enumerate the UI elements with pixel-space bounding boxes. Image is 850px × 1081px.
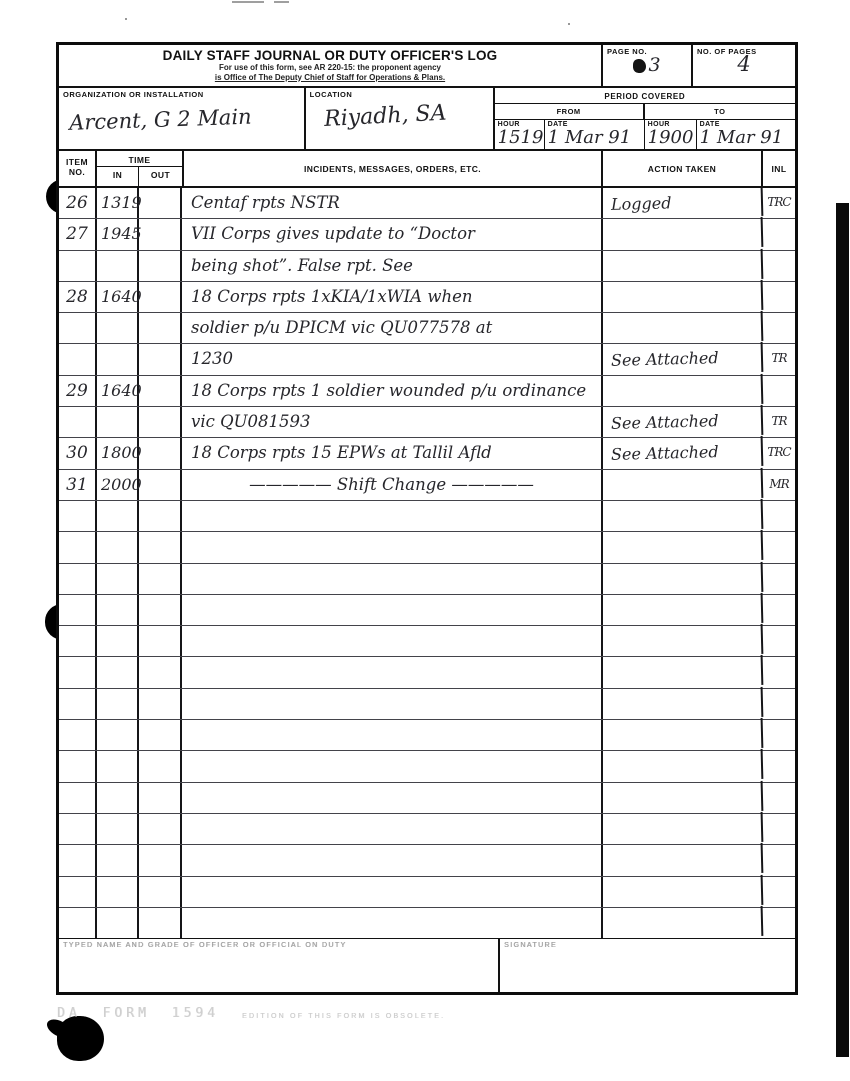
table-row bbox=[59, 845, 795, 876]
time-in-cell bbox=[97, 251, 139, 281]
item-no-cell bbox=[59, 845, 97, 875]
table-row: being shot”. False rpt. See bbox=[59, 251, 795, 282]
item-no-cell bbox=[59, 564, 97, 594]
action-taken-cell bbox=[603, 687, 764, 721]
from-to-row: FROM TO bbox=[495, 104, 795, 120]
item-no-cell: 30 bbox=[59, 438, 97, 468]
incidents-header: INCIDENTS, MESSAGES, ORDERS, ETC. bbox=[184, 151, 603, 186]
punch-hole-bottom bbox=[57, 1016, 104, 1061]
no-of-pages-value: 4 bbox=[693, 52, 795, 76]
time-in-cell: 1319 bbox=[97, 188, 139, 218]
table-row: 30180018 Corps rpts 15 EPWs at Tallil Af… bbox=[59, 438, 795, 469]
form-subtitle-line1: For use of this form, see AR 220-15: the… bbox=[59, 63, 601, 73]
time-out-cell bbox=[139, 501, 182, 531]
inl-cell bbox=[763, 751, 795, 781]
incidents-cell bbox=[182, 720, 603, 750]
time-in-cell bbox=[97, 689, 139, 719]
item-no-cell bbox=[59, 313, 97, 343]
action-taken-cell bbox=[603, 249, 764, 283]
action-taken-cell bbox=[603, 374, 764, 408]
action-taken-header: ACTION TAKEN bbox=[603, 151, 763, 186]
item-no-header: ITEM NO. bbox=[59, 151, 97, 186]
table-row: vic QU081593See AttachedTR bbox=[59, 407, 795, 438]
time-out-header: OUT bbox=[139, 167, 182, 186]
from-hour-box: HOUR 1519 bbox=[495, 120, 545, 149]
inl-cell bbox=[763, 251, 795, 281]
action-taken-cell bbox=[603, 812, 764, 846]
incidents-cell bbox=[182, 564, 603, 594]
inl-cell bbox=[763, 908, 795, 938]
time-in-cell bbox=[97, 595, 139, 625]
time-in-cell bbox=[97, 407, 139, 437]
from-label: FROM bbox=[495, 104, 645, 119]
inl-cell bbox=[763, 313, 795, 343]
obsolete-note: EDITION OF THIS FORM IS OBSOLETE. bbox=[242, 1013, 445, 1020]
table-row bbox=[59, 501, 795, 532]
incidents-cell: 18 Corps rpts 1xKIA/1xWIA when bbox=[182, 282, 603, 312]
time-out-cell bbox=[139, 188, 182, 218]
item-no-cell: 29 bbox=[59, 376, 97, 406]
table-row: 261319Centaf rpts NSTRLoggedTRC bbox=[59, 188, 795, 219]
action-taken-cell bbox=[603, 781, 764, 815]
time-in-cell bbox=[97, 845, 139, 875]
action-taken-cell bbox=[603, 655, 764, 689]
inl-cell bbox=[763, 282, 795, 312]
inl-cell bbox=[763, 376, 795, 406]
item-no-cell bbox=[59, 720, 97, 750]
scan-artifact-dash bbox=[274, 1, 289, 3]
action-taken-cell: See Attached bbox=[603, 342, 764, 376]
organization-value: Arcent, G 2 Main bbox=[59, 95, 305, 136]
action-taken-cell bbox=[603, 874, 764, 908]
time-out-cell bbox=[139, 282, 182, 312]
item-no-cell bbox=[59, 783, 97, 813]
item-no-cell bbox=[59, 689, 97, 719]
time-in-cell bbox=[97, 344, 139, 374]
inl-cell: TR bbox=[763, 407, 795, 437]
item-no-cell: 27 bbox=[59, 219, 97, 249]
table-row bbox=[59, 783, 795, 814]
time-in-cell: 1800 bbox=[97, 438, 139, 468]
table-row: soldier p/u DPICM vic QU077578 at bbox=[59, 313, 795, 344]
no-of-pages-box: NO. OF PAGES 4 bbox=[693, 45, 795, 86]
inl-cell: TR bbox=[763, 344, 795, 374]
action-taken-cell bbox=[603, 843, 764, 877]
time-in-cell bbox=[97, 313, 139, 343]
time-header-label: TIME bbox=[97, 151, 182, 167]
time-out-cell bbox=[139, 845, 182, 875]
action-taken-cell bbox=[603, 530, 764, 564]
time-in-cell: 1640 bbox=[97, 282, 139, 312]
to-date-value: 1 Mar 91 bbox=[697, 127, 795, 148]
time-out-cell bbox=[139, 814, 182, 844]
time-in-cell: 2000 bbox=[97, 470, 139, 500]
action-taken-cell bbox=[603, 217, 764, 251]
incidents-cell: ————— Shift Change ————— bbox=[182, 470, 603, 500]
incidents-cell bbox=[182, 595, 603, 625]
da-form-1594: DAILY STAFF JOURNAL OR DUTY OFFICER'S LO… bbox=[56, 42, 798, 995]
inl-cell bbox=[763, 532, 795, 562]
inl-cell bbox=[763, 219, 795, 249]
item-no-cell: 31 bbox=[59, 470, 97, 500]
inl-cell bbox=[763, 783, 795, 813]
action-taken-cell bbox=[603, 906, 764, 940]
time-out-cell bbox=[139, 908, 182, 938]
time-out-cell bbox=[139, 626, 182, 656]
time-out-cell bbox=[139, 564, 182, 594]
time-in-cell bbox=[97, 908, 139, 938]
incidents-cell bbox=[182, 751, 603, 781]
form-title-block: DAILY STAFF JOURNAL OR DUTY OFFICER'S LO… bbox=[59, 45, 603, 86]
time-in-cell bbox=[97, 783, 139, 813]
scan-artifact-strip bbox=[836, 203, 849, 1057]
action-taken-cell bbox=[603, 311, 764, 345]
location-box: LOCATION Riyadh, SA bbox=[306, 88, 495, 149]
time-in-cell bbox=[97, 532, 139, 562]
time-out-cell bbox=[139, 751, 182, 781]
time-in-cell: 1945 bbox=[97, 219, 139, 249]
incidents-cell bbox=[182, 657, 603, 687]
time-out-cell bbox=[139, 689, 182, 719]
inl-cell bbox=[763, 814, 795, 844]
time-in-cell bbox=[97, 626, 139, 656]
time-out-cell bbox=[139, 657, 182, 687]
form-title-strip: DAILY STAFF JOURNAL OR DUTY OFFICER'S LO… bbox=[59, 45, 795, 88]
table-row bbox=[59, 908, 795, 938]
action-taken-cell bbox=[603, 561, 764, 595]
time-out-cell bbox=[139, 877, 182, 907]
action-taken-cell bbox=[603, 749, 764, 783]
action-taken-cell bbox=[603, 280, 764, 314]
item-no-cell bbox=[59, 532, 97, 562]
item-no-cell: 26 bbox=[59, 188, 97, 218]
form-title: DAILY STAFF JOURNAL OR DUTY OFFICER'S LO… bbox=[59, 48, 601, 63]
table-row bbox=[59, 657, 795, 688]
time-in-cell bbox=[97, 657, 139, 687]
item-no-cell bbox=[59, 251, 97, 281]
action-taken-cell bbox=[603, 593, 764, 627]
time-out-cell bbox=[139, 470, 182, 500]
inl-cell bbox=[763, 720, 795, 750]
period-covered-label: PERIOD COVERED bbox=[495, 88, 795, 104]
incidents-cell: being shot”. False rpt. See bbox=[182, 251, 603, 281]
table-row: 1230See AttachedTR bbox=[59, 344, 795, 375]
table-row: 271945VII Corps gives update to “Doctor bbox=[59, 219, 795, 250]
to-label: TO bbox=[645, 104, 795, 119]
item-no-cell bbox=[59, 877, 97, 907]
table-row: 29164018 Corps rpts 1 soldier wounded p/… bbox=[59, 376, 795, 407]
form-number: DA FORM 1594 bbox=[57, 1006, 219, 1021]
inl-cell bbox=[763, 657, 795, 687]
typed-name-label: TYPED NAME AND GRADE OF OFFICER OR OFFIC… bbox=[59, 939, 498, 949]
action-taken-cell bbox=[603, 624, 764, 658]
period-covered-box: PERIOD COVERED FROM TO HOUR 1519 DATE 1 … bbox=[495, 88, 795, 149]
item-no-cell bbox=[59, 751, 97, 781]
action-taken-cell: See Attached bbox=[603, 436, 764, 470]
inl-cell bbox=[763, 877, 795, 907]
time-out-cell bbox=[139, 532, 182, 562]
organization-box: ORGANIZATION OR INSTALLATION Arcent, G 2… bbox=[59, 88, 306, 149]
time-out-cell bbox=[139, 219, 182, 249]
inl-cell bbox=[763, 501, 795, 531]
to-date-box: DATE 1 Mar 91 bbox=[697, 120, 795, 149]
table-row bbox=[59, 532, 795, 563]
to-hour-value: 1900 bbox=[645, 127, 696, 148]
log-rows: 261319Centaf rpts NSTRLoggedTRC271945VII… bbox=[59, 188, 795, 938]
scan-artifact-dash bbox=[232, 1, 264, 3]
signature-strip: TYPED NAME AND GRADE OF OFFICER OR OFFIC… bbox=[59, 938, 795, 992]
time-in-cell: 1640 bbox=[97, 376, 139, 406]
incidents-cell bbox=[182, 689, 603, 719]
time-in-cell bbox=[97, 501, 139, 531]
incidents-cell bbox=[182, 626, 603, 656]
from-hour-value: 1519 bbox=[495, 127, 544, 148]
action-taken-cell: Logged bbox=[603, 186, 764, 220]
time-out-cell bbox=[139, 313, 182, 343]
action-taken-cell bbox=[603, 468, 764, 502]
item-no-cell bbox=[59, 657, 97, 687]
action-taken-cell: See Attached bbox=[603, 405, 764, 439]
time-out-cell bbox=[139, 344, 182, 374]
signature-box: SIGNATURE bbox=[500, 939, 795, 992]
table-row: 28164018 Corps rpts 1xKIA/1xWIA when bbox=[59, 282, 795, 313]
inl-cell: TRC bbox=[763, 438, 795, 468]
inl-cell bbox=[763, 845, 795, 875]
item-no-cell bbox=[59, 626, 97, 656]
time-out-cell bbox=[139, 720, 182, 750]
time-in-header: IN bbox=[97, 167, 139, 186]
form-subtitle-line2: is Office of The Deputy Chief of Staff f… bbox=[59, 73, 601, 83]
signature-label: SIGNATURE bbox=[500, 939, 795, 949]
item-no-cell bbox=[59, 908, 97, 938]
page-no-box: PAGE NO. 3 bbox=[603, 45, 693, 86]
table-row bbox=[59, 720, 795, 751]
to-hour-box: HOUR 1900 bbox=[645, 120, 697, 149]
inl-cell: TRC bbox=[763, 188, 795, 218]
table-row bbox=[59, 814, 795, 845]
item-no-cell bbox=[59, 814, 97, 844]
scanned-document-page: DAILY STAFF JOURNAL OR DUTY OFFICER'S LO… bbox=[0, 0, 850, 1081]
action-taken-cell bbox=[603, 499, 764, 533]
table-row: 312000————— Shift Change —————MR bbox=[59, 470, 795, 501]
item-no-cell bbox=[59, 595, 97, 625]
time-header: TIME IN OUT bbox=[97, 151, 184, 186]
table-row bbox=[59, 626, 795, 657]
time-in-cell bbox=[97, 564, 139, 594]
time-out-cell bbox=[139, 407, 182, 437]
incidents-cell: vic QU081593 bbox=[182, 407, 603, 437]
scan-speck bbox=[568, 23, 570, 25]
typed-name-box: TYPED NAME AND GRADE OF OFFICER OR OFFIC… bbox=[59, 939, 500, 992]
table-row bbox=[59, 595, 795, 626]
table-row bbox=[59, 689, 795, 720]
incidents-cell bbox=[182, 877, 603, 907]
incidents-cell bbox=[182, 501, 603, 531]
log-table-header: ITEM NO. TIME IN OUT INCIDENTS, MESSAGES… bbox=[59, 151, 795, 188]
incidents-cell: Centaf rpts NSTR bbox=[182, 188, 603, 218]
incidents-cell: 18 Corps rpts 1 soldier wounded p/u ordi… bbox=[182, 376, 603, 406]
time-in-cell bbox=[97, 751, 139, 781]
inl-cell bbox=[763, 626, 795, 656]
from-date-value: 1 Mar 91 bbox=[545, 127, 644, 148]
table-row bbox=[59, 564, 795, 595]
inl-cell: MR bbox=[763, 470, 795, 500]
from-date-box: DATE 1 Mar 91 bbox=[545, 120, 645, 149]
scan-speck bbox=[125, 18, 127, 20]
incidents-cell: 1230 bbox=[182, 344, 603, 374]
incidents-cell bbox=[182, 845, 603, 875]
inl-cell bbox=[763, 595, 795, 625]
time-in-cell bbox=[97, 814, 139, 844]
incidents-cell bbox=[182, 532, 603, 562]
incidents-cell bbox=[182, 783, 603, 813]
item-no-cell bbox=[59, 407, 97, 437]
page-no-value: 3 bbox=[603, 54, 691, 76]
incidents-cell bbox=[182, 814, 603, 844]
table-row bbox=[59, 751, 795, 782]
action-taken-cell bbox=[603, 718, 764, 752]
time-in-cell bbox=[97, 877, 139, 907]
form-info-strip: ORGANIZATION OR INSTALLATION Arcent, G 2… bbox=[59, 88, 795, 151]
item-no-cell bbox=[59, 344, 97, 374]
item-no-cell bbox=[59, 501, 97, 531]
hour-date-row: HOUR 1519 DATE 1 Mar 91 HOUR 1900 DATE 1… bbox=[495, 120, 795, 149]
time-out-cell bbox=[139, 251, 182, 281]
incidents-cell: soldier p/u DPICM vic QU077578 at bbox=[182, 313, 603, 343]
location-value: Riyadh, SA bbox=[305, 94, 493, 133]
time-out-cell bbox=[139, 438, 182, 468]
item-no-cell: 28 bbox=[59, 282, 97, 312]
inl-header: INL bbox=[763, 151, 795, 186]
incidents-cell: 18 Corps rpts 15 EPWs at Tallil Afld bbox=[182, 438, 603, 468]
inl-cell bbox=[763, 564, 795, 594]
time-in-cell bbox=[97, 720, 139, 750]
ink-blot bbox=[633, 59, 646, 73]
incidents-cell: VII Corps gives update to “Doctor bbox=[182, 219, 603, 249]
table-row bbox=[59, 877, 795, 908]
time-out-cell bbox=[139, 783, 182, 813]
form-number-line: DA FORM 1594 EDITION OF THIS FORM IS OBS… bbox=[57, 1004, 757, 1022]
time-out-cell bbox=[139, 595, 182, 625]
incidents-cell bbox=[182, 908, 603, 938]
time-out-cell bbox=[139, 376, 182, 406]
inl-cell bbox=[763, 689, 795, 719]
